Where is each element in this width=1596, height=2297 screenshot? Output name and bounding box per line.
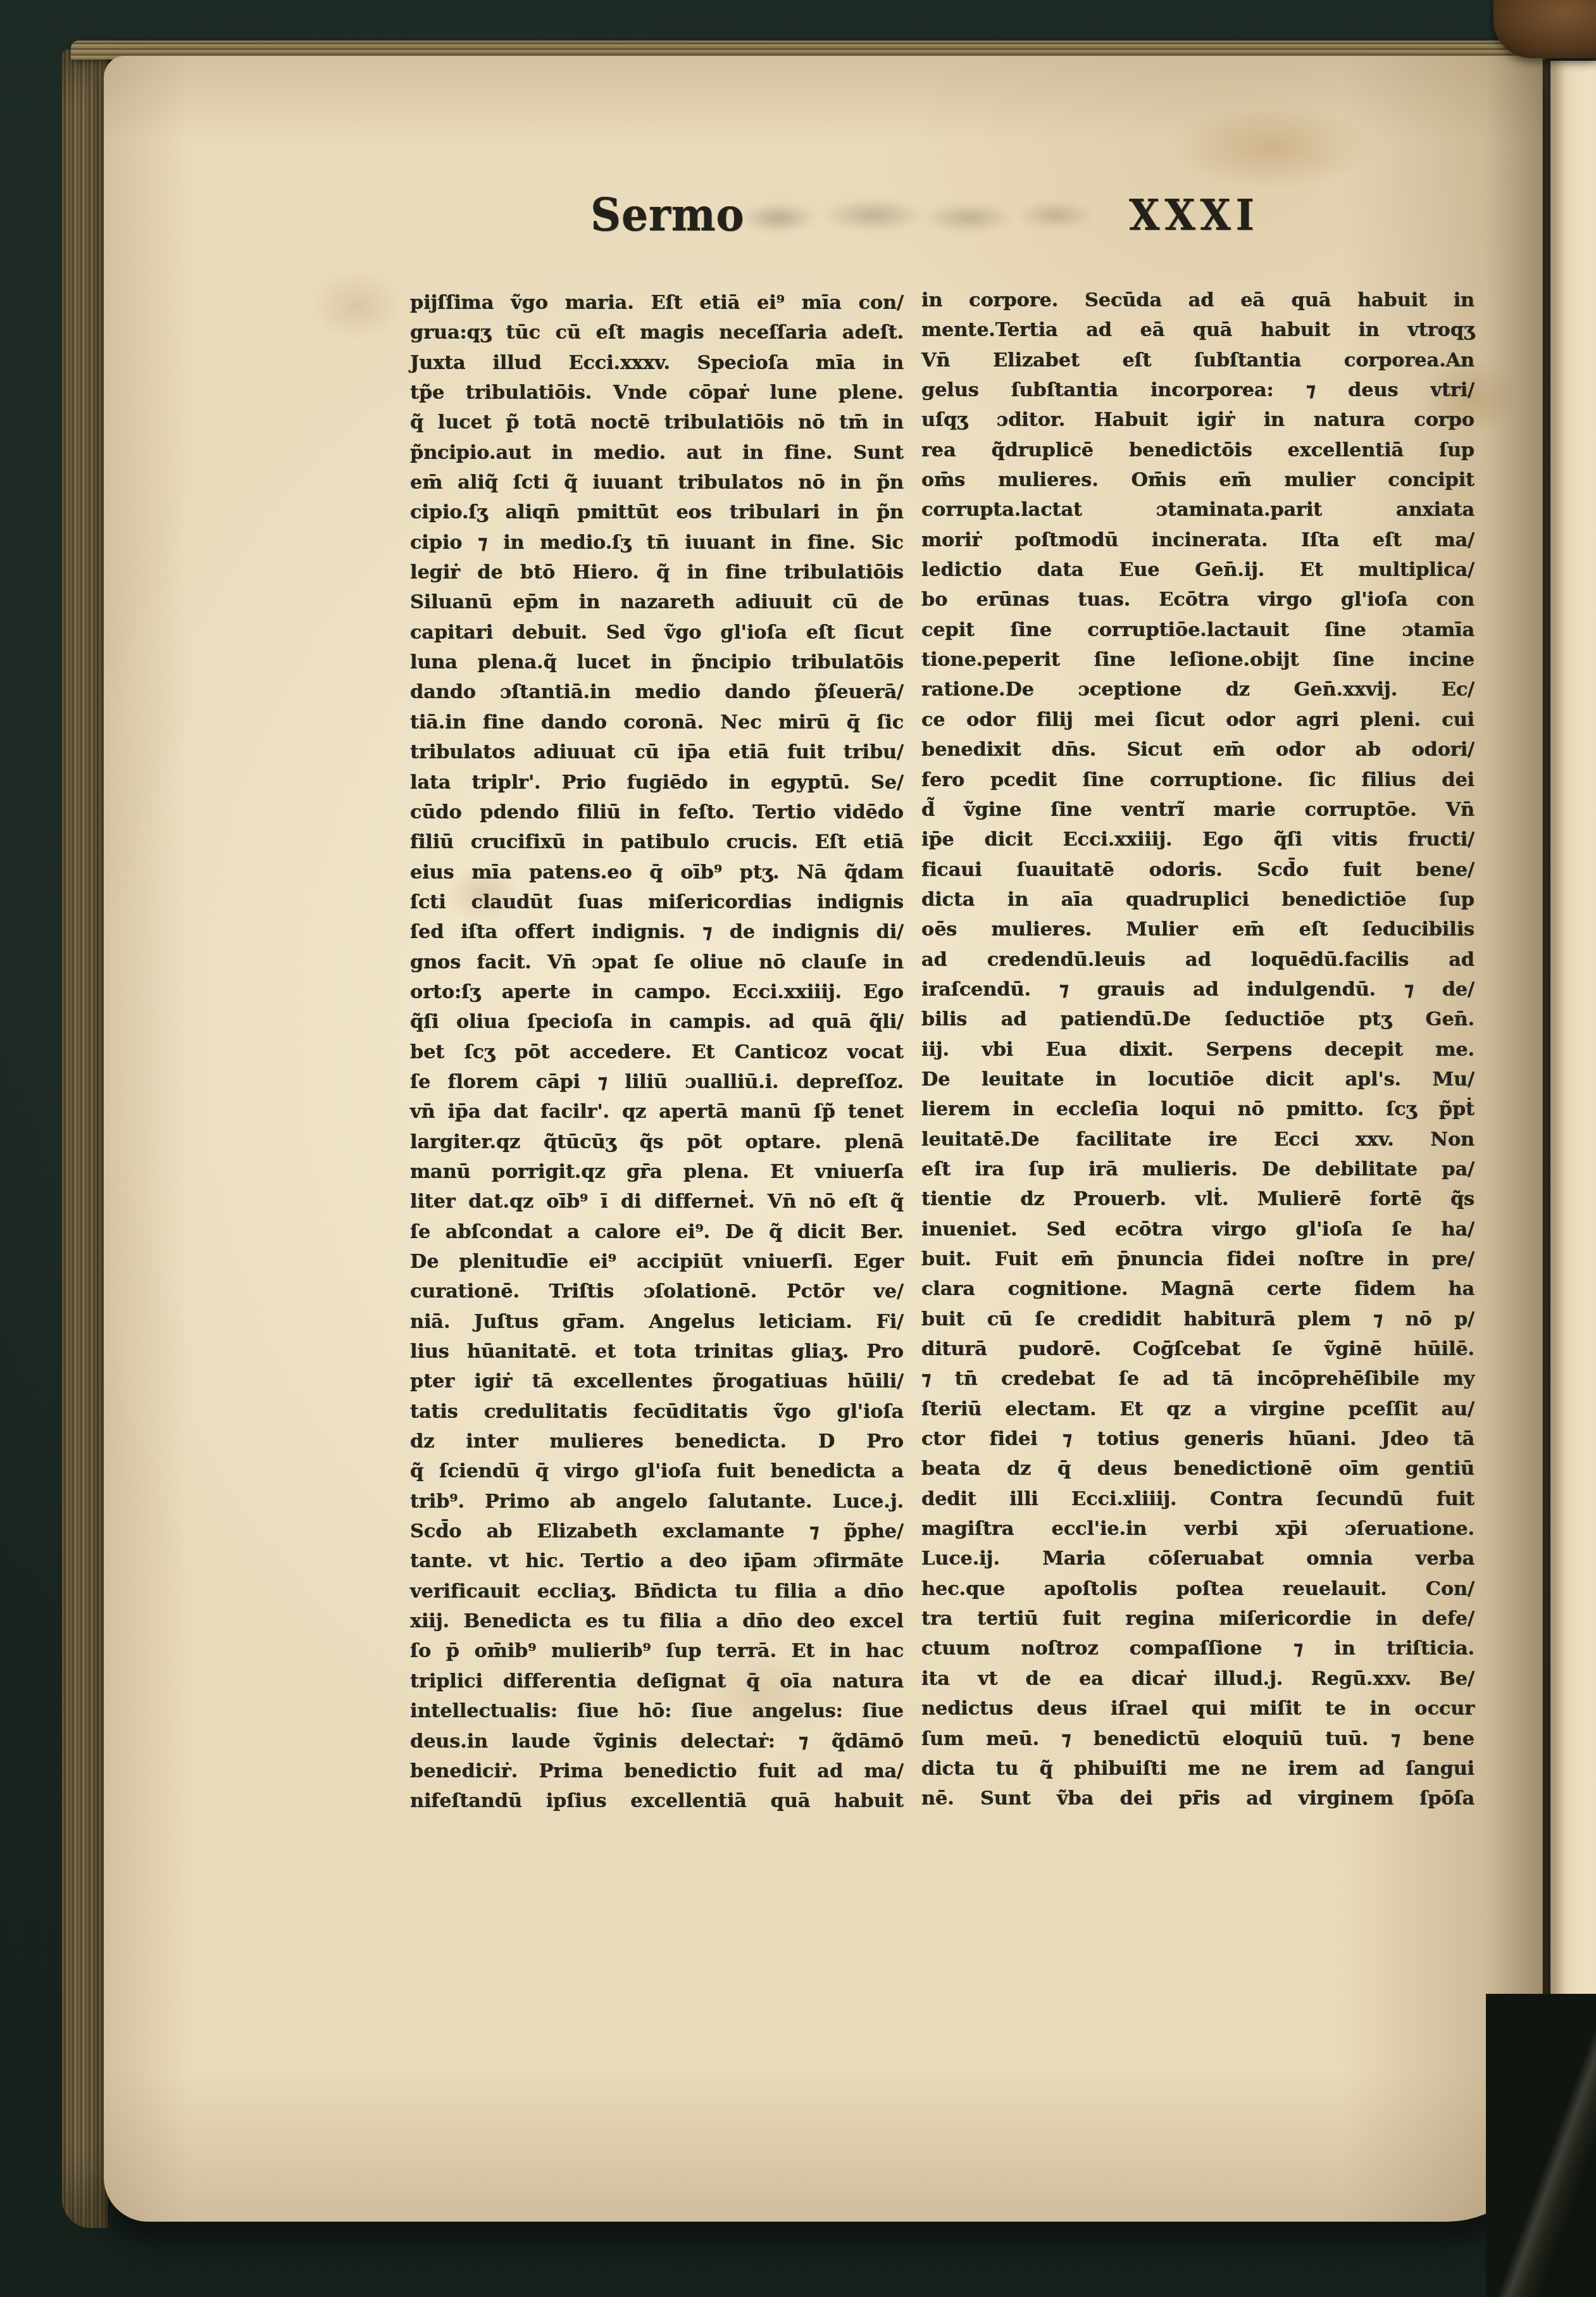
text-line: iraſcendū. ⁊ grauis ad indulgendū. ⁊ de/: [921, 975, 1474, 1005]
text-line: gelus ſubſtantia incorporea: ⁊ deus vtri…: [921, 375, 1474, 405]
text-line: liter dat.qz oīb⁹ ī di differneṫ. Vn̄ nō…: [410, 1187, 904, 1217]
text-line: mente.Tertia ad eā quā habuit in vtroqʒ: [921, 315, 1474, 345]
paper-stain: [1173, 106, 1376, 189]
text-line: filiū crucifixū in patibulo crucis. Eſt …: [410, 827, 904, 857]
text-column-right: in corpore. Secūda ad eā quā habuit inme…: [921, 285, 1474, 1814]
text-line: moriṙ poſtmodū incinerata. Iſta eſt ma/: [921, 525, 1474, 555]
text-line: cūdo pdendo filiū in feſto. Tertio vidēd…: [410, 798, 904, 827]
text-line: curationē. Triſtis ɔſolationē. Pctōr ve/: [410, 1277, 904, 1306]
text-line: beata dz q̄ deus benedictionē oīm gentiū: [921, 1454, 1474, 1484]
text-line: corrupta.lactat ɔtaminata.parit anxiata: [921, 495, 1474, 525]
binding-headcap: [1493, 0, 1596, 58]
text-line: intellectualis: ſiue hō: ſiue angelus: ſ…: [410, 1696, 904, 1726]
text-line: buit cū ſe credidit habiturā plem ⁊ nō p…: [921, 1305, 1474, 1334]
text-line: lata triplr'. Prio fugiēdo in egyptū. Se…: [410, 768, 904, 798]
text-line: dicta in aīa quadruplici benedictiōe ſup: [921, 885, 1474, 915]
text-line: pijſſima ṽgo maria. Eſt etiā ei⁹ mīa con…: [410, 288, 904, 318]
text-line: eius mīa patens.eo q̄ oīb⁹ ptʒ. Nā q̃dam: [410, 858, 904, 887]
text-line: tp̃e tribulatiōis. Vnde cōpaṙ lune plene…: [410, 378, 904, 408]
text-line: grua:qʒ tūc cū eſt magis neceſſaria adeſ…: [410, 318, 904, 347]
text-line: inueniet. Sed ecōtra virgo gl'ioſa ſe ha…: [921, 1215, 1474, 1244]
text-line: luna plena.q̃ lucet in p̃ncipio tribulat…: [410, 648, 904, 677]
text-line: q̃ſi oliua ſpecioſa in campis. ad quā q̃…: [410, 1007, 904, 1037]
text-line: benedixit dn̄s. Sicut em̄ odor ab odori/: [921, 735, 1474, 765]
text-line: p̃ncipio.aut in medio. aut in fine. Sunt: [410, 438, 904, 468]
binding-board: [1486, 1994, 1596, 2297]
text-line: magiſtra eccl'ie.in verbi xp̄i ɔſeruatio…: [921, 1514, 1474, 1544]
text-line: dedit illi Ecci.xliiij. Contra ſecundū f…: [921, 1484, 1474, 1514]
text-line: cipio.ſʒ aliqn̄ pmittūt eos tribulari in…: [410, 498, 904, 527]
text-line: orto:ſʒ aperte in campo. Ecci.xxiiij. Eg…: [410, 977, 904, 1007]
text-line: Siluanū ep̄m in nazareth adiuuit cū de: [410, 587, 904, 617]
text-line: Juxta illud Ecci.xxxv. Specioſa mīa in: [410, 348, 904, 378]
text-line: d̃ ṽgine ſine ventrĩ marie corruptōe. Vn…: [921, 795, 1474, 825]
text-line: ſo p̄ om̄ib⁹ mulierib⁹ ſup terrā. Et in …: [410, 1636, 904, 1666]
text-line: em̄ aliq̃ ſcti q̃ iuuant tribulatos nō i…: [410, 468, 904, 498]
text-line: tione.peperit ſine leſione.obijt ſine in…: [921, 645, 1474, 675]
text-line: ctor fidei ⁊ totius generis hūani. Jdeo …: [921, 1424, 1474, 1454]
text-line: tiā.in fine dando coronā. Nec mirū q̄ ſi…: [410, 708, 904, 737]
book-fore-edge-stack: [62, 49, 108, 2228]
text-line: ledictio data Eue Gen̄.ij. Et multiplica…: [921, 555, 1474, 585]
text-line: bet ſcʒ pōt accedere. Et Canticoz vocat: [410, 1037, 904, 1067]
text-line: rea q̃druplicē benedictōis excellentiā ſ…: [921, 435, 1474, 465]
text-line: nē. Sunt ṽba dei pr̄is ad virginem ſpōſa: [921, 1784, 1474, 1813]
text-line: niā. Juſtus gr̄am. Angelus leticiam. Fi/: [410, 1307, 904, 1337]
text-line: ita vt de ea dicaṙ illud.j. Regū.xxv. Be…: [921, 1664, 1474, 1694]
text-line: q̃ lucet p̃ totā noctē tribulatiōis nō t…: [410, 408, 904, 437]
text-line: Luce.ij. Maria cōſeruabat omnia verba: [921, 1544, 1474, 1574]
text-line: largiter.qz q̃tūcūʒ q̃s pōt optare. plen…: [410, 1127, 904, 1157]
text-line: ad credendū.leuis ad loquēdū.facilis ad: [921, 945, 1474, 975]
text-line: ctuum noſtroz compaſſione ⁊ in triſticia…: [921, 1634, 1474, 1663]
text-line: oēs mulieres. Mulier em̄ eſt ſeducibilis: [921, 915, 1474, 944]
text-line: De leuitate in locutiōe dicit apl's. Mu/: [921, 1065, 1474, 1094]
folio-number: XXXI: [1115, 185, 1273, 244]
text-line: cipio ⁊ in medio.ſʒ tn̄ iuuant in fine. …: [410, 528, 904, 558]
text-line: tatis credulitatis fecūditatis ṽgo gl'io…: [410, 1397, 904, 1427]
text-line: leuitatē.De facilitate ire Ecci xxv. Non: [921, 1125, 1474, 1155]
text-line: buit. Fuit em̄ p̄nuncia fidei noſtre in …: [921, 1244, 1474, 1274]
text-line: cepit ſine corruptiōe.lactauit ſine ɔtam…: [921, 615, 1474, 645]
text-line: uſqʒ ɔditor. Habuit igiṙ in natura corpo: [921, 405, 1474, 435]
text-line: ſteriū electam. Et qz a virgine pceſſit …: [921, 1394, 1474, 1424]
gutter-crease: [1542, 57, 1550, 2165]
text-line: diturā pudorē. Coḡſcebat ſe ṽginē hūilē.: [921, 1334, 1474, 1364]
text-line: tribulatos adiuuat cū ip̄a etiā fuit tri…: [410, 737, 904, 767]
text-line: dando ɔſtantiā.in medio dando p̃ſeuerā/: [410, 677, 904, 707]
text-line: ſe florem cāpi ⁊ liliū ɔualliū.i. depreſ…: [410, 1067, 904, 1097]
text-line: ſcti claudūt ſuas miſericordias indignis: [410, 887, 904, 917]
text-line: tra tertiū fuit regina miſericordie in d…: [921, 1604, 1474, 1634]
text-line: gnos facit. Vn̄ ɔpat ſe oliue nō clauſe …: [410, 948, 904, 977]
text-line: ficaui ſuauitatē odoris. Scd̄o fuit bene…: [921, 855, 1474, 885]
text-line: in corpore. Secūda ad eā quā habuit in: [921, 285, 1474, 315]
paper-stain: [313, 271, 401, 341]
text-line: om̄s mulieres. Om̄is em̄ mulier concipit: [921, 465, 1474, 495]
facing-page-edge: [1550, 61, 1596, 2080]
text-line: vn̄ ip̄a dat facilr'. qz apertā manū ſp̃…: [410, 1097, 904, 1127]
text-column-left: pijſſima ṽgo maria. Eſt etiā ei⁹ mīa con…: [410, 288, 904, 1817]
text-line: xiij. Benedicta es tu filia a dn̄o deo e…: [410, 1606, 904, 1636]
text-line: nifeſtandū ipſius excellentiā quā habuit: [410, 1786, 904, 1816]
text-line: ip̄e dicit Ecci.xxiiij. Ego q̃ſi vitis f…: [921, 825, 1474, 854]
text-line: dicta tu q̃ phibuiſti me ne irem ad ſang…: [921, 1754, 1474, 1784]
text-line: benediciṙ. Prima benedictio fuit ad ma/: [410, 1756, 904, 1786]
text-line: ſe abſcondat a calore ei⁹. De q̃ dicit B…: [410, 1217, 904, 1247]
text-line: dz inter mulieres benedicta. D Pro: [410, 1427, 904, 1456]
text-line: iij. vbi Eua dixit. Serpens decepit me.: [921, 1035, 1474, 1065]
text-line: ſed iſta offert indignis. ⁊ de indignis …: [410, 917, 904, 947]
text-line: tientie dz Prouerb. vlṫ. Mulierē fortē q…: [921, 1184, 1474, 1214]
text-line: pter igiṙ tā excellentes p̃rogatiuas hūi…: [410, 1367, 904, 1396]
text-line: bo erūnas tuas. Ecōtra virgo gl'ioſa con: [921, 585, 1474, 615]
text-line: q̃ ſciendū q̄ virgo gl'ioſa fuit benedic…: [410, 1456, 904, 1486]
text-line: lius hūanitatē. et tota trinitas gliaʒ. …: [410, 1337, 904, 1367]
text-line: triplici differentia deſignat q̄ oīa nat…: [410, 1667, 904, 1696]
ink-bleedthrough-smudge: [721, 190, 1101, 241]
text-line: fero pcedit ſine corruptione. ſic filius…: [921, 765, 1474, 795]
text-line: lierem in eccleſia loqui nō pmitto. ſcʒ …: [921, 1094, 1474, 1124]
text-line: tante. vt hic. Tertio a deo ip̄am ɔfirmā…: [410, 1546, 904, 1576]
running-title: Sermo: [570, 185, 766, 244]
text-line: verificauit eccliaʒ. Bn̄dicta tu filia a…: [410, 1577, 904, 1606]
text-line: trib⁹. Primo ab angelo ſalutante. Luce.j…: [410, 1487, 904, 1517]
text-line: Scd̄o ab Elizabeth exclamante ⁊ p̃phe/: [410, 1517, 904, 1546]
text-line: bilis ad patiendū.De ſeductiōe ptʒ Gen̄.: [921, 1005, 1474, 1034]
text-line: ce odor filij mei ſicut odor agri pleni.…: [921, 705, 1474, 735]
text-line: manū porrigit.qz gr̄a plena. Et vniuerſa: [410, 1157, 904, 1187]
text-line: ratione.De ɔceptione dz Gen̄.xxvij. Ec/: [921, 675, 1474, 704]
text-line: capitari debuit. Sed ṽgo gl'ioſa eſt ſic…: [410, 618, 904, 648]
photograph-backdrop: { "header": { "left_title": "Sermo", "ri…: [0, 0, 1596, 2297]
text-line: eſt ira ſup irā mulieris. De debilitate …: [921, 1155, 1474, 1184]
text-line: De plenitudīe ei⁹ accipiūt vniuerſi. Ege…: [410, 1247, 904, 1277]
text-line: deus.in laude ṽginis delectaṙ: ⁊ q̃dāmō: [410, 1727, 904, 1756]
text-line: hec.que apoſtolis poſtea reuelauit. Con/: [921, 1574, 1474, 1604]
text-line: ⁊ tn̄ credebat ſe ad tā incōprehēſibile …: [921, 1364, 1474, 1394]
text-line: nedictus deus iſrael qui miſit te in occ…: [921, 1694, 1474, 1724]
text-line: clara cognitione. Magnā certe fidem ha: [921, 1274, 1474, 1304]
text-line: legiṙ de btō Hiero. q̃ in fine tribulati…: [410, 558, 904, 587]
text-line: ſum meū. ⁊ benedictū eloquiū tuū. ⁊ bene: [921, 1724, 1474, 1754]
text-line: Vn̄ Elizabet eſt ſubſtantia corporea.An: [921, 346, 1474, 375]
